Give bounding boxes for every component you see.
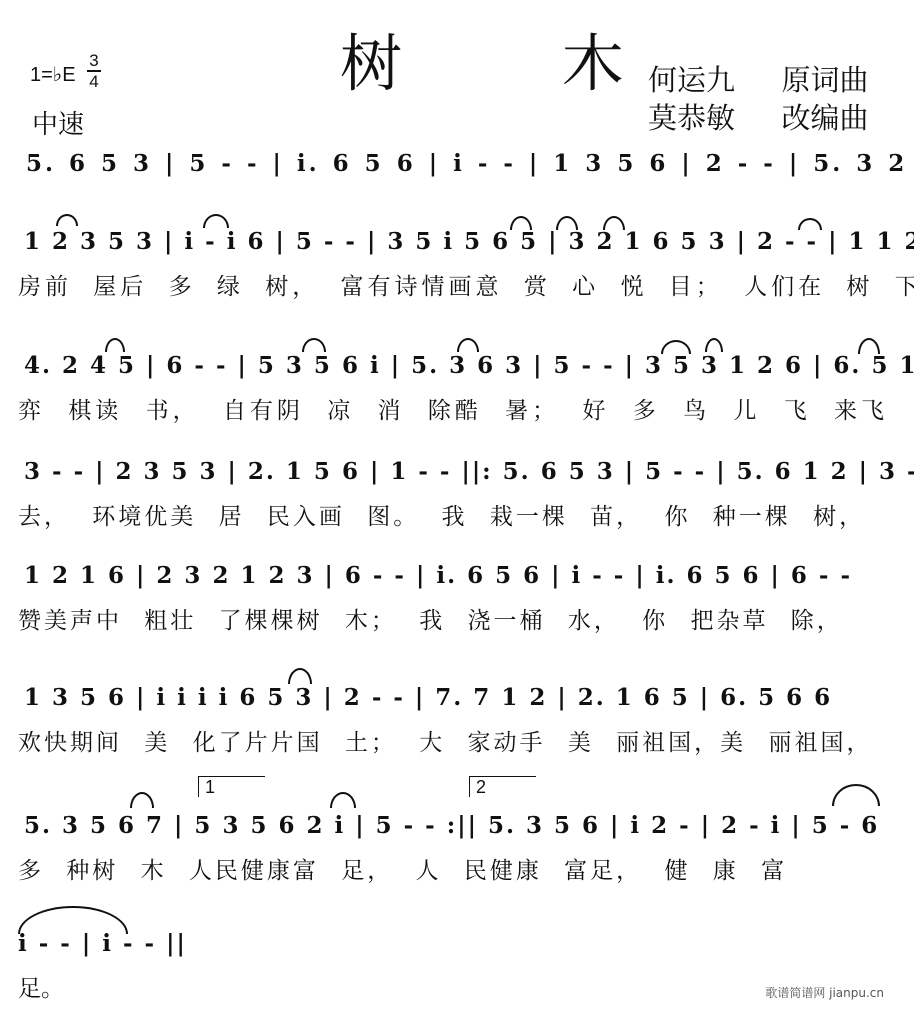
notes-line: 1 2 3 5 3 | i - i 6 | 5 - - | 3 5 i 5 6 … xyxy=(24,228,914,255)
time-signature: 3 4 xyxy=(87,52,101,90)
credit-role: 原词曲 xyxy=(781,58,868,99)
volta-1: 1 xyxy=(198,776,265,797)
credit-name: 何运九 xyxy=(648,58,735,99)
credit-name: 莫恭敏 xyxy=(648,96,735,137)
key-signature: 1=♭E xyxy=(30,62,76,87)
notes-line: i - - | i - - || xyxy=(18,930,187,957)
time-signature-bottom: 4 xyxy=(89,72,98,91)
tempo-marking: 中速 xyxy=(32,104,84,141)
slur xyxy=(288,668,312,684)
credit-original: 何运九 原词曲 xyxy=(648,58,868,99)
notes-line: 5. 3 5 6 7 | 5 3 5 6 2 i | 5 - - :|| 5. … xyxy=(24,812,879,839)
notes-line: 5. 6 5 3 | 5 - - | i. 6 5 6 | i - - | 1 … xyxy=(26,150,914,177)
volta-2: 2 xyxy=(469,776,536,797)
time-signature-top: 3 xyxy=(89,51,98,70)
slur xyxy=(302,338,326,352)
credit-role: 改编曲 xyxy=(781,96,868,137)
slur xyxy=(56,214,78,226)
lyrics-line: 足。 xyxy=(18,970,64,1003)
slur xyxy=(105,338,125,352)
notes-line: 4. 2 4 5 | 6 - - | 5 3 5 6 i | 5. 3 6 3 … xyxy=(24,352,914,379)
notes-line: 3 - - | 2 3 5 3 | 2. 1 5 6 | 1 - - ||: 5… xyxy=(24,458,914,485)
slur xyxy=(705,338,723,352)
lyrics-line: 多 种树 木 人民健康富 足， 人 民健康 富足， 健 康 富 xyxy=(18,852,787,885)
slur xyxy=(130,792,154,808)
slur xyxy=(203,214,229,228)
notes-line: 1 3 5 6 | i i i i 6 5 3 | 2 - - | 7. 7 1… xyxy=(24,684,832,711)
watermark: 歌谱简谱网 jianpu.cn xyxy=(765,984,884,1001)
slur xyxy=(457,338,479,352)
lyrics-line: 赞美声中 粗壮 了棵棵树 木； 我 浇一桶 水， 你 把杂草 除， xyxy=(18,602,843,635)
notes-line: 1 2 1 6 | 2 3 2 1 2 3 | 6 - - | i. 6 5 6… xyxy=(24,562,852,589)
lyrics-line: 欢快期间 美 化了片片国 土； 大 家动手 美 丽祖国，美 丽祖国， xyxy=(18,724,873,757)
slur xyxy=(832,784,880,806)
lyrics-line: 房前 屋后 多 绿 树， 富有诗情画意 赏 心 悦 目； 人们在 树 下 xyxy=(18,268,914,301)
lyrics-line: 弈 棋读 书， 自有阴 凉 消 除酷 暑； 好 多 鸟 儿 飞 来飞 xyxy=(18,392,888,425)
lyrics-line: 去， 环境优美 居 民入画 图。 我 栽一棵 苗， 你 种一棵 树， xyxy=(18,498,865,531)
credit-arranger: 莫恭敏 改编曲 xyxy=(648,96,868,137)
song-title: 树 木 xyxy=(340,14,694,103)
slur xyxy=(330,792,356,808)
